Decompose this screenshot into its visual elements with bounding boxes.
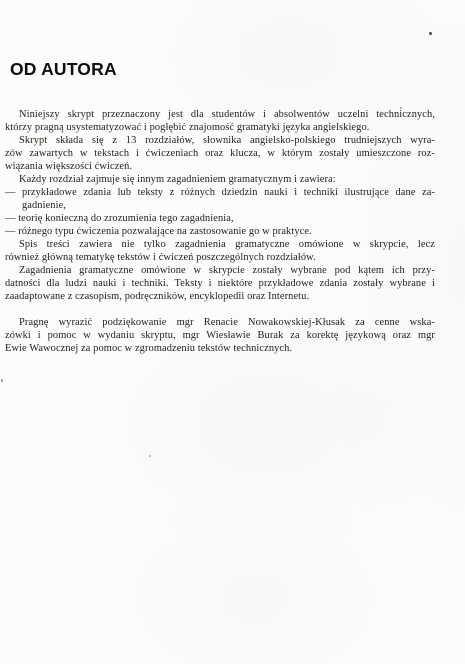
- text-line: Każdy rozdział zajmuje się innym zagadni…: [5, 173, 435, 186]
- text-line: Pragnę wyrazić podziękowanie mgr Renacie…: [5, 316, 435, 329]
- text-line: zówki i pomoc w wydaniu skryptu, mgr Wie…: [5, 329, 435, 342]
- text-line: datności dla ludzi nauki i techniki. Tek…: [5, 277, 435, 290]
- scan-speck: [429, 32, 432, 35]
- text-line dash-item: — teorię konieczną do zrozumienia tego z…: [5, 212, 435, 225]
- text-line: wiązania większości ćwiczeń.: [5, 160, 435, 173]
- scanned-book-page: OD AUTORA Niniejszy skrypt przeznaczony …: [0, 0, 465, 664]
- text-line: Ewie Wawocznej za pomoc w zgromadzeniu t…: [5, 342, 435, 355]
- scan-speck: [1, 379, 3, 382]
- text-line: zów zawartych w tekstach i ćwiczeniach o…: [5, 147, 435, 160]
- text-line: Spis treści zawiera nie tylko zagadnieni…: [5, 238, 435, 251]
- text-line dash-item: — przykładowe zdania lub teksty z różnyc…: [5, 186, 435, 199]
- text-line: zaadaptowane z czasopism, podręczników, …: [5, 290, 435, 303]
- page-title: OD AUTORA: [10, 61, 117, 79]
- text-line: którzy pragną usystematyzować i pogłębić…: [5, 121, 435, 134]
- text-line: gadnienie,: [5, 199, 435, 212]
- text-line: również główną tematykę tekstów i ćwicze…: [5, 251, 435, 264]
- text-line: Zagadnienia gramatyczne omówione w skryp…: [5, 264, 435, 277]
- text-line: Niniejszy skrypt przeznaczony jest dla s…: [5, 108, 435, 121]
- text-line dash-item: — różnego typu ćwiczenia pozwalające na …: [5, 225, 435, 238]
- author-preface-text: Niniejszy skrypt przeznaczony jest dla s…: [5, 108, 435, 355]
- text-line: Skrypt składa się z 13 rozdziałów, słown…: [5, 134, 435, 147]
- scan-speck: [149, 455, 151, 457]
